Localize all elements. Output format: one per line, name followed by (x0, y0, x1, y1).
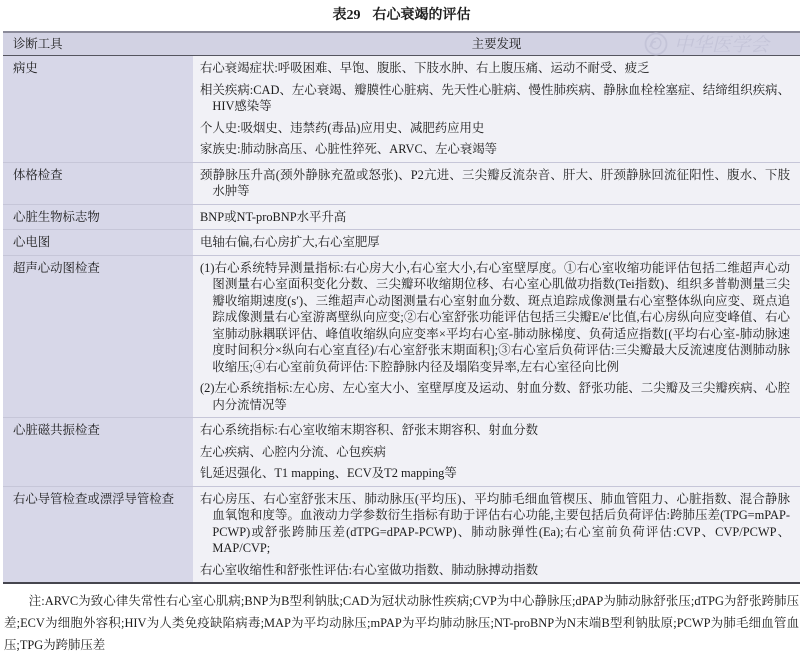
table-row: 超声心动图检查 (1)右心系统特异测量指标:右心房大小,右心室大小,右心室壁厚度… (3, 255, 800, 418)
finding-item: 右心室收缩性和舒张性评估:右心室做功指数、肺动脉搏动指数 (200, 562, 790, 579)
finding-item: 相关疾病:CAD、左心衰竭、瓣膜性心脏病、先天性心脏病、慢性肺疾病、静脉血栓栓塞… (200, 82, 790, 115)
table-header-row: 诊断工具 主要发现 中华医学会 (3, 33, 800, 56)
finding-item: 家族史:肺动脉高压、心脏性猝死、ARVC、左心衰竭等 (200, 141, 790, 158)
finding-item: 钆延迟强化、T1 mapping、ECV及T2 mapping等 (200, 465, 790, 482)
finding-item: 电轴右偏,右心房扩大,右心室肥厚 (200, 234, 790, 251)
table-row: 心脏磁共振检查 右心系统指标:右心室收缩末期容积、舒张末期容积、射血分数 左心疾… (3, 417, 800, 486)
row-tool-label: 右心导管检查或漂浮导管检查 (3, 486, 193, 583)
finding-item: 右心衰竭症状:呼吸困难、早饱、腹胀、下肢水肿、右上腹压痛、运动不耐受、疲乏 (200, 60, 790, 77)
row-tool-label: 超声心动图检查 (3, 255, 193, 418)
table-title: 表29右心衰竭的评估 (0, 0, 803, 31)
table-number: 表29 (333, 8, 361, 23)
finding-item: (2)左心系统指标:左心房、左心室大小、室壁厚度及运动、射血分数、舒张功能、二尖… (200, 380, 790, 413)
row-tool-label: 体格检查 (3, 162, 193, 204)
finding-item: 右心房压、右心室舒张末压、肺动脉压(平均压)、平均肺毛细血管楔压、肺血管阻力、心… (200, 491, 790, 557)
finding-item: BNP或NT-proBNP水平升高 (200, 209, 790, 226)
row-findings: 右心系统指标:右心室收缩末期容积、舒张末期容积、射血分数 左心疾病、心腔内分流、… (193, 417, 800, 486)
row-findings: (1)右心系统特异测量指标:右心房大小,右心室大小,右心室壁厚度。①右心室收缩功… (193, 255, 800, 418)
row-tool-label: 病史 (3, 56, 193, 162)
table-title-text: 右心衰竭的评估 (373, 8, 471, 23)
finding-item: 左心疾病、心腔内分流、心包疾病 (200, 444, 790, 461)
table-row: 心脏生物标志物 BNP或NT-proBNP水平升高 (3, 204, 800, 230)
row-tool-label: 心脏磁共振检查 (3, 417, 193, 486)
row-findings: 右心衰竭症状:呼吸困难、早饱、腹胀、下肢水肿、右上腹压痛、运动不耐受、疲乏 相关… (193, 56, 800, 162)
finding-item: 颈静脉压升高(颈外静脉充盈或怒张)、P2亢进、三尖瓣反流杂音、肝大、肝颈静脉回流… (200, 167, 790, 200)
row-findings: BNP或NT-proBNP水平升高 (193, 204, 800, 230)
table-row: 心电图 电轴右偏,右心房扩大,右心室肥厚 (3, 229, 800, 255)
row-findings: 电轴右偏,右心房扩大,右心室肥厚 (193, 229, 800, 255)
table-row: 病史 右心衰竭症状:呼吸困难、早饱、腹胀、下肢水肿、右上腹压痛、运动不耐受、疲乏… (3, 56, 800, 162)
row-findings: 右心房压、右心室舒张末压、肺动脉压(平均压)、平均肺毛细血管楔压、肺血管阻力、心… (193, 486, 800, 583)
table-footnote: 注:ARVC为致心律失常性右心室心肌病;BNP为B型利钠肽;CAD为冠状动脉性疾… (4, 590, 799, 656)
evaluation-table: 诊断工具 主要发现 中华医学会 病史 右心衰竭症状:呼吸困难、早饱、腹胀、下肢水… (3, 31, 800, 584)
table-row: 体格检查 颈静脉压升高(颈外静脉充盈或怒张)、P2亢进、三尖瓣反流杂音、肝大、肝… (3, 162, 800, 204)
header-main-findings: 主要发现 (193, 36, 800, 53)
row-tool-label: 心脏生物标志物 (3, 204, 193, 230)
table-row: 右心导管检查或漂浮导管检查 右心房压、右心室舒张末压、肺动脉压(平均压)、平均肺… (3, 486, 800, 583)
finding-item: 个人史:吸烟史、违禁药(毒品)应用史、减肥药应用史 (200, 120, 790, 137)
finding-item: (1)右心系统特异测量指标:右心房大小,右心室大小,右心室壁厚度。①右心室收缩功… (200, 260, 790, 376)
header-diagnostic-tool: 诊断工具 (3, 36, 193, 53)
finding-item: 右心系统指标:右心室收缩末期容积、舒张末期容积、射血分数 (200, 422, 790, 439)
row-tool-label: 心电图 (3, 229, 193, 255)
row-findings: 颈静脉压升高(颈外静脉充盈或怒张)、P2亢进、三尖瓣反流杂音、肝大、肝颈静脉回流… (193, 162, 800, 204)
